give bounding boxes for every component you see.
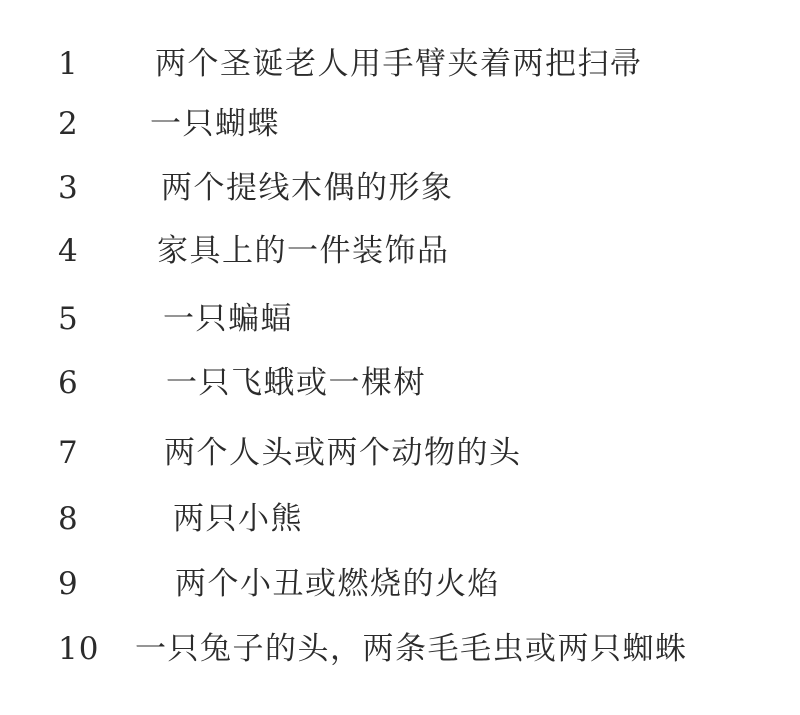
list-item: 3 两个提线木偶的形象 xyxy=(0,170,800,210)
item-number: 9 xyxy=(58,566,106,602)
item-text: 两个小丑或燃烧的火焰 xyxy=(175,566,500,602)
item-text: 一只蝴蝶 xyxy=(150,106,280,142)
list-item: 4 家具上的一件装饰品 xyxy=(0,233,800,273)
item-number: 3 xyxy=(58,170,106,206)
item-number: 1 xyxy=(58,46,106,82)
item-text: 两个提线木偶的形象 xyxy=(161,170,454,206)
list-item: 6 一只飞蛾或一棵树 xyxy=(0,365,800,405)
list-item: 7 两个人头或两个动物的头 xyxy=(0,435,800,475)
item-number: 5 xyxy=(58,301,106,337)
list-item: 2 一只蝴蝶 xyxy=(0,106,800,146)
item-number: 4 xyxy=(58,233,106,269)
list-item: 8 两只小熊 xyxy=(0,501,800,541)
item-number: 8 xyxy=(58,501,106,537)
document-page: 1 两个圣诞老人用手臂夹着两把扫帚 2 一只蝴蝶 3 两个提线木偶的形象 4 家… xyxy=(0,0,800,715)
item-text: 一只蝙蝠 xyxy=(163,301,293,337)
item-text: 两个圣诞老人用手臂夹着两把扫帚 xyxy=(155,46,643,82)
list-item: 10 一只兔子的头，两条毛毛虫或两只蜘蛛 xyxy=(0,631,800,671)
list-item: 5 一只蝙蝠 xyxy=(0,301,800,341)
item-text: 家具上的一件装饰品 xyxy=(157,233,450,269)
item-text: 两个人头或两个动物的头 xyxy=(164,435,522,471)
item-number: 10 xyxy=(58,631,106,667)
item-number: 6 xyxy=(58,365,106,401)
item-text: 一只兔子的头，两条毛毛虫或两只蜘蛛 xyxy=(135,631,688,667)
list-item: 1 两个圣诞老人用手臂夹着两把扫帚 xyxy=(0,46,800,86)
item-number: 7 xyxy=(58,435,106,471)
item-number: 2 xyxy=(58,106,106,142)
item-text: 一只飞蛾或一棵树 xyxy=(166,365,426,401)
item-text: 两只小熊 xyxy=(173,501,303,537)
list-item: 9 两个小丑或燃烧的火焰 xyxy=(0,566,800,606)
